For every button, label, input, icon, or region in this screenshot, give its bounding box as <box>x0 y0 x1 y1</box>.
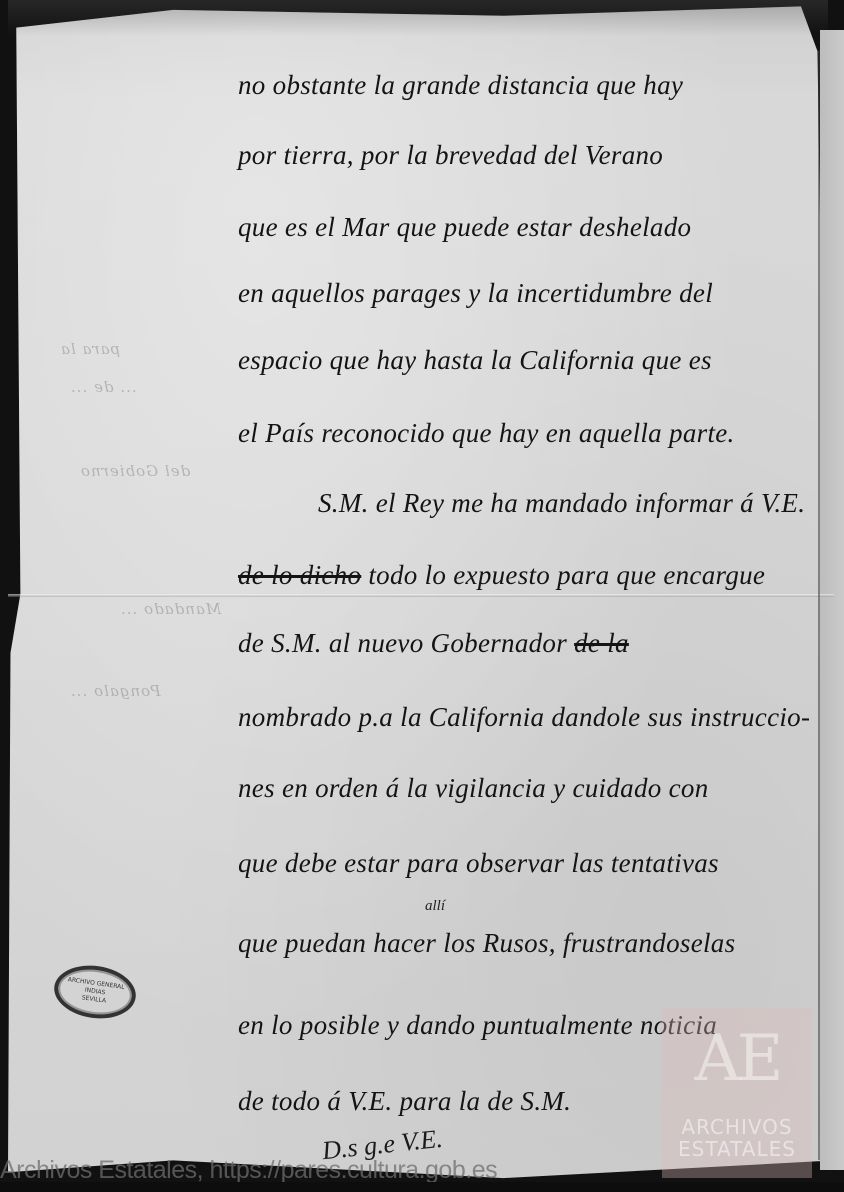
manuscript-line-9: de S.M. al nuevo Gobernador de la <box>238 628 629 659</box>
margin-bleed-text: Mandado ... <box>120 600 221 618</box>
manuscript-line-14: en lo posible y dando puntualmente notic… <box>238 1010 717 1041</box>
logo-name: ARCHIVOS ESTATALES <box>678 1116 796 1160</box>
margin-bleed-text: ... de ... <box>70 378 137 396</box>
page-right-binding-edge <box>820 30 844 1170</box>
manuscript-line-1: no obstante la grande distancia que hay <box>238 70 683 101</box>
margin-bleed-text: Pongalo ... <box>70 682 161 700</box>
manuscript-line-3: que es el Mar que puede estar deshelado <box>238 212 691 243</box>
manuscript-line-4: en aquellos parages y la incertidumbre d… <box>238 278 713 309</box>
manuscript-line-5: espacio que hay hasta la California que … <box>238 345 712 376</box>
scan-bottom-edge <box>0 1182 844 1192</box>
vertical-fold-line <box>818 50 820 1160</box>
line-text: todo lo expuesto para que encargue <box>368 560 765 590</box>
interlinear-insertion: allí <box>425 898 445 915</box>
horizontal-fold-line <box>8 594 834 597</box>
margin-bleed-text: para la <box>60 340 120 358</box>
archive-watermark-logo: AE ARCHIVOS ESTATALES <box>662 1008 812 1178</box>
manuscript-line-7: S.M. el Rey me ha mandado informar á V.E… <box>318 488 805 519</box>
margin-bleed-text: del Gobierno <box>80 462 190 480</box>
manuscript-line-2: por tierra, por la brevedad del Verano <box>238 140 663 171</box>
manuscript-line-15: de todo á V.E. para la de S.M. <box>238 1086 571 1117</box>
manuscript-line-12: que debe estar para observar las tentati… <box>238 848 719 879</box>
manuscript-line-10: nombrado p.a la California dandole sus i… <box>238 702 810 733</box>
manuscript-line-13: que puedan hacer los Rusos, frustrandose… <box>238 928 735 959</box>
page-top-shadow <box>8 0 828 36</box>
struck-out-text: de lo dicho <box>238 560 361 590</box>
manuscript-line-8: de lo dicho todo lo expuesto para que en… <box>238 560 765 591</box>
manuscript-line-11: nes en orden á la vigilancia y cuidado c… <box>238 773 709 804</box>
watermark-text: Archivos Estatales, https://pares.cultur… <box>0 1156 497 1185</box>
line-text: de S.M. al nuevo Gobernador <box>238 628 567 658</box>
manuscript-line-6: el País reconocido que hay en aquella pa… <box>238 418 735 449</box>
struck-out-text: de la <box>574 628 629 658</box>
logo-initials: AE <box>695 1022 780 1096</box>
